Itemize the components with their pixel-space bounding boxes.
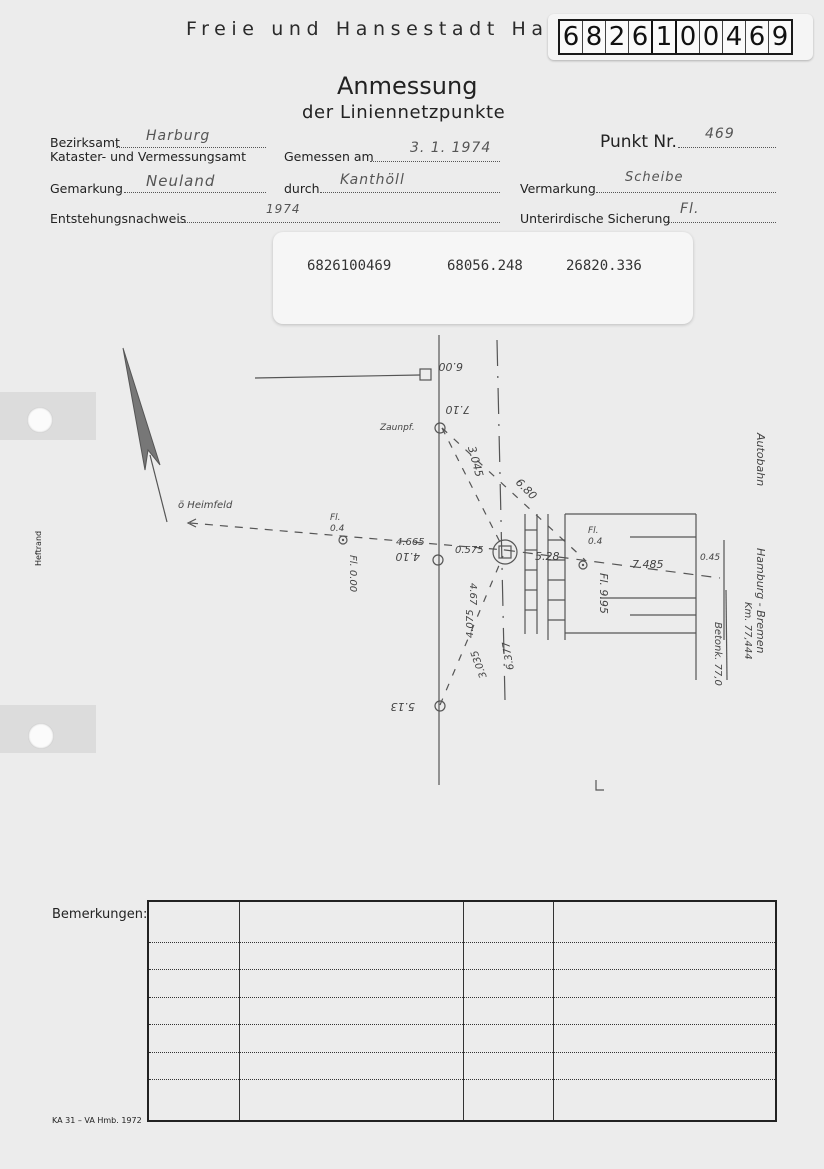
remarks-cell[interactable] <box>553 997 776 1025</box>
remarks-cell[interactable] <box>239 1052 463 1080</box>
svg-text:0.45: 0.45 <box>700 553 720 563</box>
svg-text:4.665: 4.665 <box>396 537 425 548</box>
svg-text:4.075: 4.075 <box>465 609 476 638</box>
svg-text:0.4: 0.4 <box>588 537 603 547</box>
remarks-cell[interactable] <box>239 997 463 1025</box>
svg-text:6.377: 6.377 <box>501 640 517 671</box>
measure-600: 6.00 <box>439 360 464 373</box>
svg-text:ö Heimfeld: ö Heimfeld <box>178 500 233 511</box>
remarks-cell[interactable] <box>239 901 463 942</box>
remarks-cell[interactable] <box>239 970 463 998</box>
svg-text:4.10: 4.10 <box>396 550 421 563</box>
svg-text:0.575: 0.575 <box>455 545 484 556</box>
remarks-cell[interactable] <box>148 901 239 942</box>
svg-text:3.035: 3.035 <box>469 649 489 680</box>
remarks-cell[interactable] <box>463 997 553 1025</box>
remarks-cell[interactable] <box>553 942 776 970</box>
remarks-cell[interactable] <box>239 1080 463 1121</box>
svg-text:Fl.: Fl. <box>330 513 341 523</box>
svg-text:5.13: 5.13 <box>391 700 416 713</box>
svg-text:Fl.: Fl. <box>588 526 599 536</box>
remarks-cell[interactable] <box>148 970 239 998</box>
svg-text:7.485: 7.485 <box>632 558 664 571</box>
remarks-cell[interactable] <box>148 997 239 1025</box>
remarks-cell[interactable] <box>148 1080 239 1121</box>
remarks-cell[interactable] <box>463 901 553 942</box>
svg-text:5.28: 5.28 <box>535 550 560 563</box>
remarks-cell[interactable] <box>553 1025 776 1053</box>
svg-text:Autobahn: Autobahn <box>754 432 767 486</box>
remarks-cell[interactable] <box>148 1025 239 1053</box>
svg-text:7.10: 7.10 <box>446 403 471 416</box>
svg-text:Hamburg - Bremen: Hamburg - Bremen <box>754 548 767 653</box>
remarks-cell[interactable] <box>553 970 776 998</box>
svg-text:Km. 77,444: Km. 77,444 <box>742 602 753 660</box>
remarks-cell[interactable] <box>553 1052 776 1080</box>
remarks-cell[interactable] <box>553 1080 776 1121</box>
svg-text:6.80: 6.80 <box>513 476 540 503</box>
remarks-cell[interactable] <box>239 1025 463 1053</box>
remarks-cell[interactable] <box>463 1025 553 1053</box>
svg-text:3.045: 3.045 <box>465 445 486 479</box>
remarks-cell[interactable] <box>463 1052 553 1080</box>
form-code: KA 31 – VA Hmb. 1972 <box>52 1116 142 1125</box>
remarks-table <box>147 900 777 1122</box>
remarks-cell[interactable] <box>463 1080 553 1121</box>
remarks-cell[interactable] <box>148 942 239 970</box>
remarks-label: Bemerkungen: <box>52 907 147 922</box>
svg-text:0.4: 0.4 <box>330 524 345 534</box>
svg-text:Fl. 0.00: Fl. 0.00 <box>347 555 358 592</box>
remarks-cell[interactable] <box>463 970 553 998</box>
remarks-cell[interactable] <box>239 942 463 970</box>
remarks-cell[interactable] <box>148 1052 239 1080</box>
svg-text:Fl. 9.95: Fl. 9.95 <box>597 573 610 614</box>
remarks-cell[interactable] <box>463 942 553 970</box>
svg-text:4.67: 4.67 <box>467 583 478 606</box>
svg-text:Betonk. 77,0: Betonk. 77,0 <box>712 622 723 686</box>
svg-text:Zaunpf.: Zaunpf. <box>379 423 415 433</box>
north-arrow-icon <box>123 348 167 522</box>
remarks-cell[interactable] <box>553 901 776 942</box>
